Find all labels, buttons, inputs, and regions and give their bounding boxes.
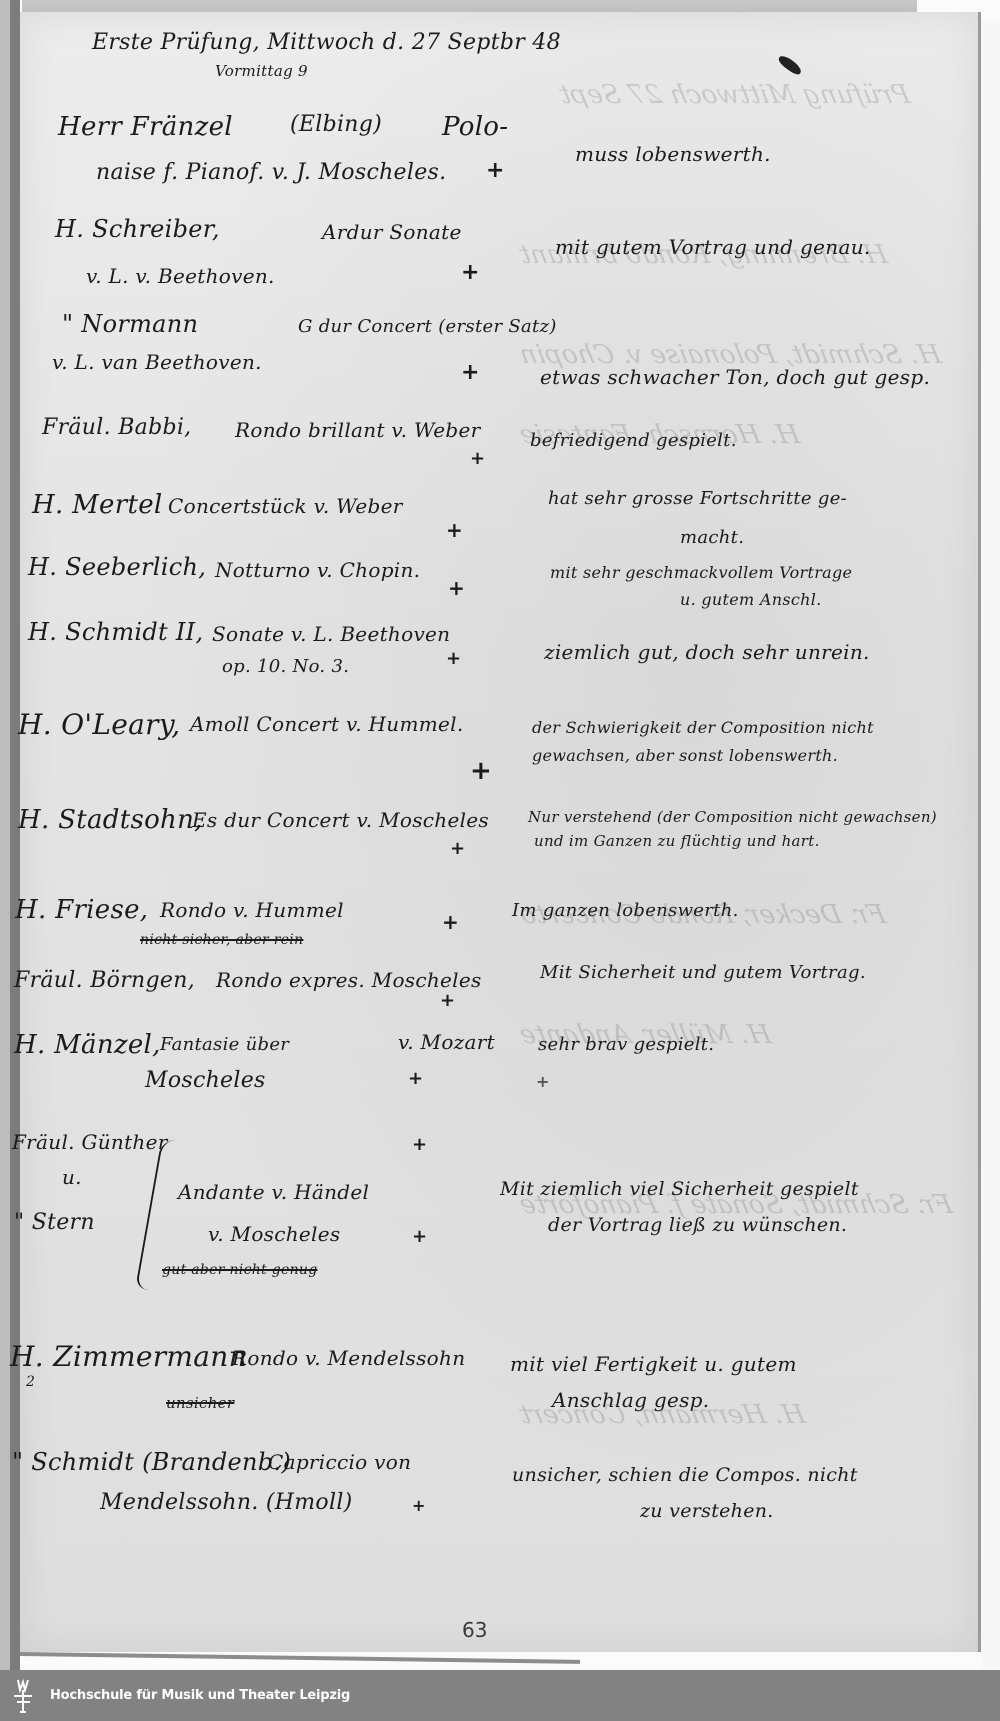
piece-title: Rondo v. Mendelssohn: [232, 1346, 465, 1370]
piece-title-cont: v. L. van Beethoven.: [52, 350, 262, 374]
piece-title-cont: op. 10. No. 3.: [222, 656, 349, 677]
pass-mark: +: [446, 650, 461, 668]
struck-remark: nicht sicher, aber rein: [140, 932, 303, 948]
piece-title-cont: Mendelssohn. (Hmoll): [100, 1490, 353, 1515]
pass-mark: +: [450, 840, 465, 858]
performer-name: H. Schmidt II,: [28, 618, 203, 646]
institution-name: Hochschule für Musik und Theater Leipzig: [50, 1688, 350, 1703]
piece-title: Andante v. Händel: [178, 1180, 369, 1204]
piece-title-cont: naise f. Pianof. v. J. Moscheles.: [96, 160, 446, 185]
right-margin: [981, 20, 1000, 1670]
piece-title-cont: v. Moscheles: [208, 1222, 340, 1246]
pass-mark: +: [412, 1136, 427, 1154]
struck-remark: gut aber nicht genug: [162, 1262, 317, 1278]
piece-title: Rondo v. Hummel: [160, 898, 344, 922]
pass-mark: +: [448, 578, 465, 598]
pass-mark: +: [446, 520, 463, 540]
examiner-comment: hat sehr grosse Fortschritte ge-: [548, 488, 847, 509]
binding-edge: [0, 0, 10, 1670]
performer-name: Fräul. Günther: [12, 1130, 168, 1154]
examiner-comment-cont: Anschlag gesp.: [552, 1388, 709, 1412]
performer-name: Fräul. Babbi,: [42, 415, 191, 440]
piece-title: Polo-: [442, 112, 508, 142]
performer-name: Fräul. Börngen,: [14, 968, 195, 993]
performer-name-join: u.: [62, 1165, 82, 1189]
performer-name: H. Mänzel,: [14, 1030, 161, 1060]
examiner-comment: sehr brav gespielt.: [538, 1034, 714, 1055]
page-heading-time: Vormittag 9: [215, 62, 308, 80]
pass-mark: +: [412, 1498, 425, 1514]
pass-mark: +: [486, 160, 504, 182]
examiner-comment: Nur verstehend (der Composition nicht ge…: [528, 808, 937, 826]
piece-title-cont: Moscheles: [145, 1068, 266, 1093]
pass-mark: +: [412, 1228, 427, 1246]
pass-mark: +: [408, 1070, 423, 1088]
pass-mark: +: [461, 262, 479, 284]
performer-name-second: " Stern: [14, 1210, 95, 1235]
piece-title: G dur Concert (erster Satz): [298, 316, 557, 337]
struck-remark: unsicher: [166, 1394, 234, 1412]
piece-title: Capriccio von: [268, 1450, 411, 1474]
pass-mark: +: [442, 912, 459, 932]
page-heading: Erste Prüfung, Mittwoch d. 27 Septbr 48: [92, 30, 561, 55]
examiner-comment-cont: gewachsen, aber sonst lobenswerth.: [532, 746, 838, 765]
performer-name: H. Stadtsohn,: [18, 805, 203, 835]
examiner-comment: befriedigend gespielt.: [530, 430, 737, 451]
performer-note: (Elbing): [290, 112, 382, 137]
examiner-comment-cont: u. gutem Anschl.: [680, 590, 822, 609]
performer-note: 2: [26, 1374, 35, 1390]
piece-title: Rondo expres. Moscheles: [216, 968, 482, 992]
examiner-comment-cont: und im Ganzen zu flüchtig und hart.: [534, 832, 820, 850]
examiner-comment: Mit ziemlich viel Sicherheit gespielt: [500, 1178, 859, 1200]
performer-name: H. O'Leary,: [18, 708, 180, 741]
examiner-comment: mit sehr geschmackvollem Vortrage: [550, 563, 852, 582]
examiner-comment: der Schwierigkeit der Composition nicht: [532, 718, 874, 737]
piece-title: Amoll Concert v. Hummel.: [190, 712, 464, 736]
piece-title: Notturno v. Chopin.: [215, 558, 420, 582]
examiner-comment: ziemlich gut, doch sehr unrein.: [544, 640, 870, 664]
performer-name: H. Mertel: [32, 490, 163, 520]
binding-shadow: [10, 0, 20, 1670]
piece-title: Sonate v. L. Beethoven: [212, 622, 450, 646]
stray-mark: +: [536, 1074, 549, 1090]
examiner-comment: Mit Sicherheit und gutem Vortrag.: [540, 962, 866, 983]
scan-background: Prüfung Mittwoch 27 Sept H. Brenning, Ro…: [0, 0, 1000, 1670]
examiner-comment-cont: der Vortrag ließ zu wünschen.: [548, 1214, 847, 1236]
piece-title: Rondo brillant v. Weber: [235, 418, 480, 442]
bottom-page-edge: [20, 1652, 580, 1664]
examiner-comment: mit viel Fertigkeit u. gutem: [510, 1352, 797, 1376]
examiner-comment: mit gutem Vortrag und genau.: [555, 235, 871, 259]
examiner-comment: Im ganzen lobenswerth.: [512, 900, 739, 921]
footer-bar: Hochschule für Musik und Theater Leipzig: [0, 1670, 1000, 1721]
performer-name: H. Zimmermann: [10, 1340, 247, 1373]
performer-name: H. Friese,: [15, 895, 148, 925]
performer-name: H. Schreiber,: [55, 215, 220, 243]
piece-title: Ardur Sonate: [322, 220, 462, 244]
examiner-comment: etwas schwacher Ton, doch gut gesp.: [540, 365, 930, 389]
piece-title: Fantasie über: [160, 1034, 289, 1055]
examiner-comment: muss lobenswerth.: [575, 142, 771, 166]
pass-mark: +: [461, 362, 479, 384]
performer-name: Herr Fränzel: [58, 112, 233, 142]
examiner-comment: unsicher, schien die Compos. nicht: [512, 1464, 858, 1486]
piece-title: Concertstück v. Weber: [168, 494, 403, 518]
page-number: 63: [462, 1618, 487, 1642]
performer-name: H. Seeberlich,: [28, 553, 206, 581]
pass-mark: +: [440, 992, 455, 1010]
bleed-through-text: Prüfung Mittwoch 27 Sept: [557, 80, 913, 110]
hmt-leipzig-logo-icon: [10, 1676, 36, 1716]
piece-title-cont: v. L. v. Beethoven.: [86, 264, 275, 288]
pass-mark: +: [470, 758, 492, 784]
performer-name: " Schmidt (Brandenb.): [12, 1448, 291, 1476]
examiner-comment-cont: zu verstehen.: [640, 1500, 774, 1522]
performer-name: " Normann: [62, 310, 198, 338]
piece-title-right: v. Mozart: [398, 1030, 495, 1054]
pass-mark: +: [470, 450, 485, 468]
piece-title: Es dur Concert v. Moscheles: [192, 808, 489, 832]
examiner-comment-cont: macht.: [680, 527, 744, 548]
